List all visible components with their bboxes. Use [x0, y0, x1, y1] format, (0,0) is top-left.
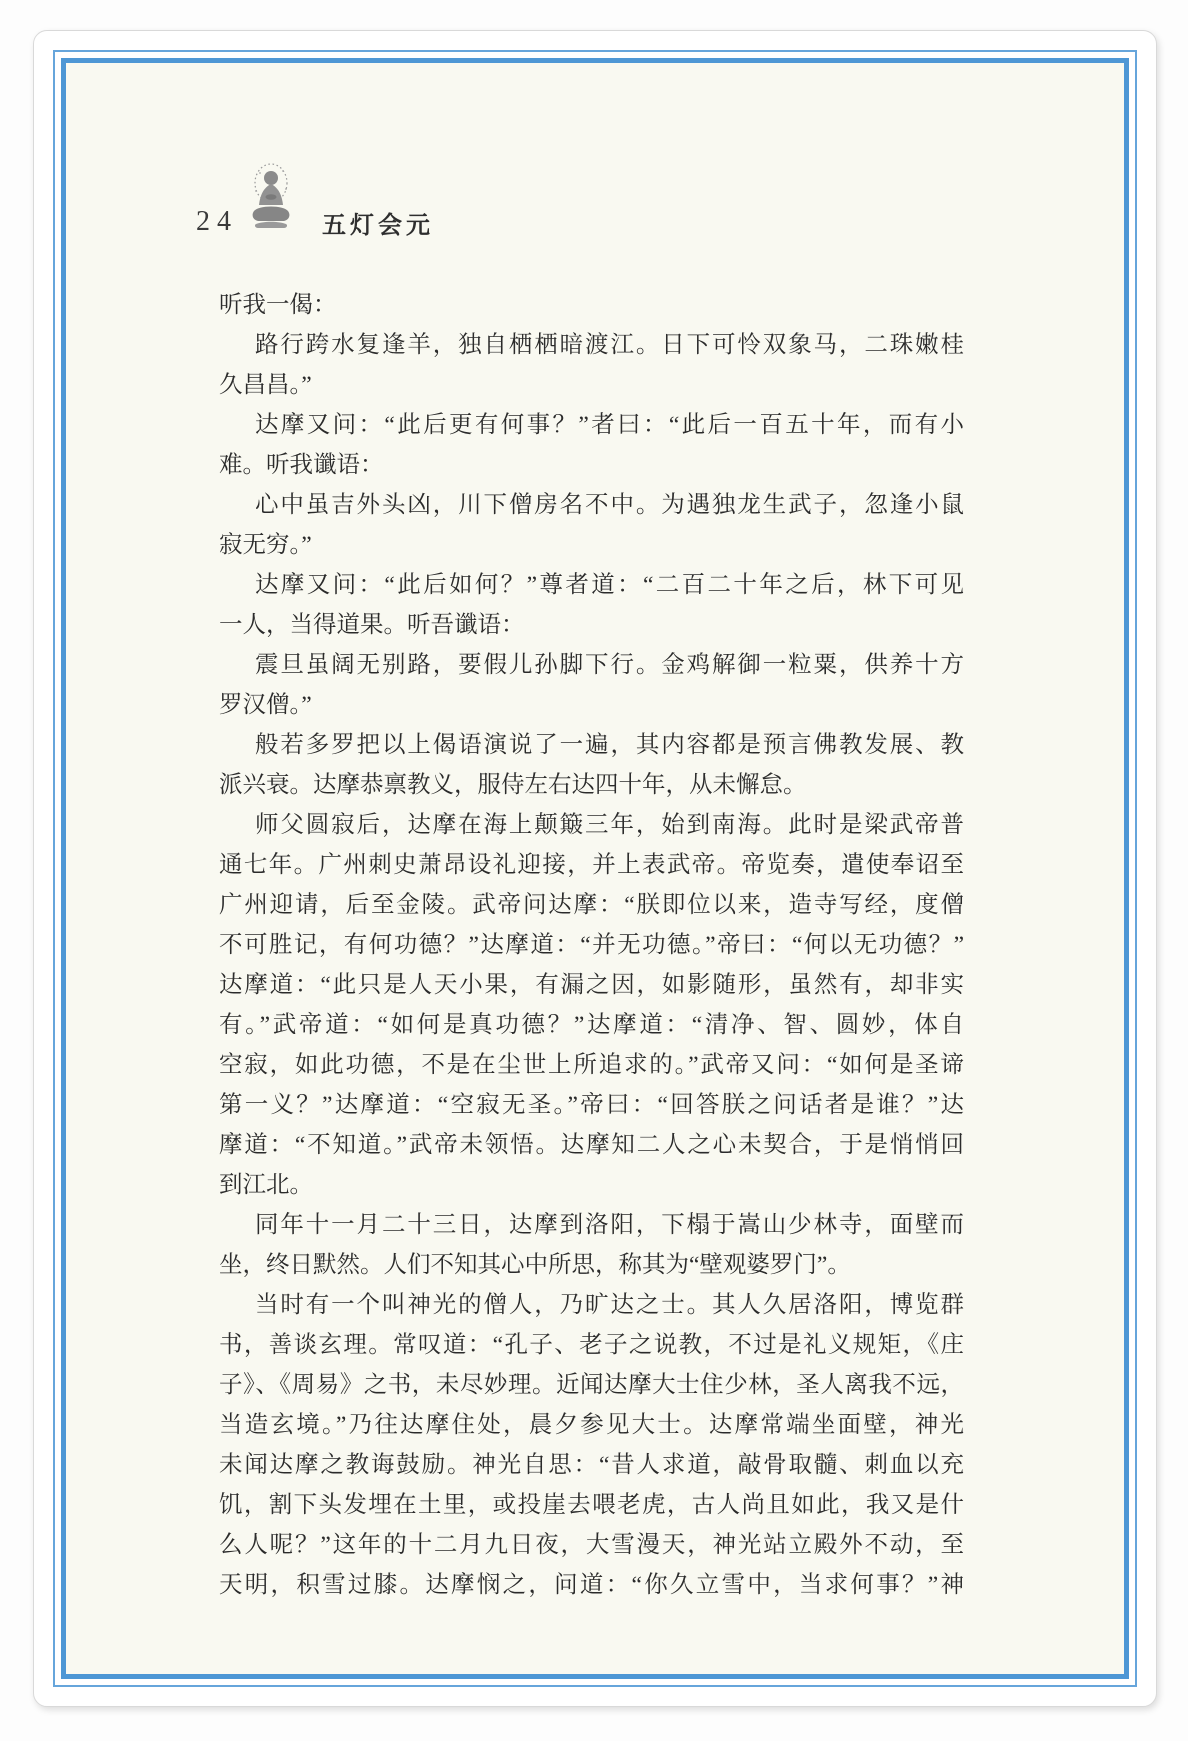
text-line: 达摩又问：“此后如何？”尊者道：“二百二十年之后，林下可见 — [219, 565, 964, 605]
text-line: 有。”武帝道：“如何是真功德？”达摩道：“清净、智、圆妙，体自 — [219, 1005, 964, 1045]
text-body: 听我一偈：路行跨水复逢羊，独自栖栖暗渡江。日下可怜双象马，二珠嫩桂久昌昌。”达摩… — [219, 285, 964, 1605]
text-line: 心中虽吉外头凶，川下僧房名不中。为遇独龙生武子，忽逢小鼠 — [219, 485, 964, 525]
text-line: 听我一偈： — [219, 285, 964, 325]
book-title: 五灯会元 — [322, 205, 434, 240]
text-line: 到江北。 — [219, 1165, 964, 1205]
text-line: 书，善谈玄理。常叹道：“孔子、老子之说教，不过是礼义规矩，《庄 — [219, 1325, 964, 1365]
text-line: 达摩道：“此只是人天小果，有漏之因，如影随形，虽然有，却非实 — [219, 965, 964, 1005]
text-line: 难。听我谶语： — [219, 445, 964, 485]
text-line: 广州迎请，后至金陵。武帝问达摩：“朕即位以来，造寺写经，度僧 — [219, 885, 964, 925]
text-line: 通七年。广州刺史萧昂设礼迎接，并上表武帝。帝览奏，遣使奉诏至 — [219, 845, 964, 885]
text-line: 寂无穷。” — [219, 525, 964, 565]
text-line: 摩道：“不知道。”武帝未领悟。达摩知二人之心未契合，于是悄悄回 — [219, 1125, 964, 1165]
text-line: 天明，积雪过膝。达摩悯之，问道：“你久立雪中，当求何事？”神 — [219, 1565, 964, 1605]
text-line: 派兴衰。达摩恭禀教义，服侍左右达四十年，从未懈怠。 — [219, 765, 964, 805]
text-line: 饥，割下头发埋在土里，或投崖去喂老虎，古人尚且如此，我又是什 — [219, 1485, 964, 1525]
text-line: 久昌昌。” — [219, 365, 964, 405]
text-line: 么人呢？”这年的十二月九日夜，大雪漫天，神光站立殿外不动，至 — [219, 1525, 964, 1565]
book-page-card: 24 五灯会元 听我一偈：路行跨水复逢羊，独自栖栖暗渡江。日下可怜双象马，二珠嫩… — [33, 30, 1157, 1707]
text-line: 同年十一月二十三日，达摩到洛阳，下榻于嵩山少林寺，面壁而 — [219, 1205, 964, 1245]
text-line: 路行跨水复逢羊，独自栖栖暗渡江。日下可怜双象马，二珠嫩桂 — [219, 325, 964, 365]
page-number: 24 — [196, 206, 238, 238]
text-line: 当时有一个叫神光的僧人，乃旷达之士。其人久居洛阳，博览群 — [219, 1285, 964, 1325]
text-line: 坐，终日默然。人们不知其心中所思，称其为“壁观婆罗门”。 — [219, 1245, 964, 1285]
inner-frame-line: 24 五灯会元 听我一偈：路行跨水复逢羊，独自栖栖暗渡江。日下可怜双象马，二珠嫩… — [61, 58, 1129, 1679]
text-line: 不可胜记，有何功德？”达摩道：“并无功德。”帝曰：“何以无功德？” — [219, 925, 964, 965]
paper-surface: 24 五灯会元 听我一偈：路行跨水复逢羊，独自栖栖暗渡江。日下可怜双象马，二珠嫩… — [66, 63, 1124, 1674]
text-line: 一人，当得道果。听吾谶语： — [219, 605, 964, 645]
text-line: 未闻达摩之教诲鼓励。神光自思：“昔人求道，敲骨取髓、刺血以充 — [219, 1445, 964, 1485]
text-line: 空寂，如此功德，不是在尘世上所追求的。”武帝又问：“如何是圣谛 — [219, 1045, 964, 1085]
text-line: 当造玄境。”乃往达摩住处，晨夕参见大士。达摩常端坐面壁，神光 — [219, 1405, 964, 1445]
text-line: 达摩又问：“此后更有何事？”者曰：“此后一百五十年，而有小 — [219, 405, 964, 445]
buddha-icon — [246, 161, 296, 239]
text-line: 震旦虽阔无别路，要假儿孙脚下行。金鸡解御一粒粟，供养十方 — [219, 645, 964, 685]
text-line: 子》、《周易》之书，未尽妙理。近闻达摩大士住少林，圣人离我不远， — [219, 1365, 964, 1405]
scan-background: 24 五灯会元 听我一偈：路行跨水复逢羊，独自栖栖暗渡江。日下可怜双象马，二珠嫩… — [0, 0, 1188, 1741]
text-line: 第一义？”达摩道：“空寂无圣。”帝曰：“回答朕之问话者是谁？”达 — [219, 1085, 964, 1125]
text-line: 师父圆寂后，达摩在海上颠簸三年，始到南海。此时是梁武帝普 — [219, 805, 964, 845]
text-line: 罗汉僧。” — [219, 685, 964, 725]
text-line: 般若多罗把以上偈语演说了一遍，其内容都是预言佛教发展、教 — [219, 725, 964, 765]
